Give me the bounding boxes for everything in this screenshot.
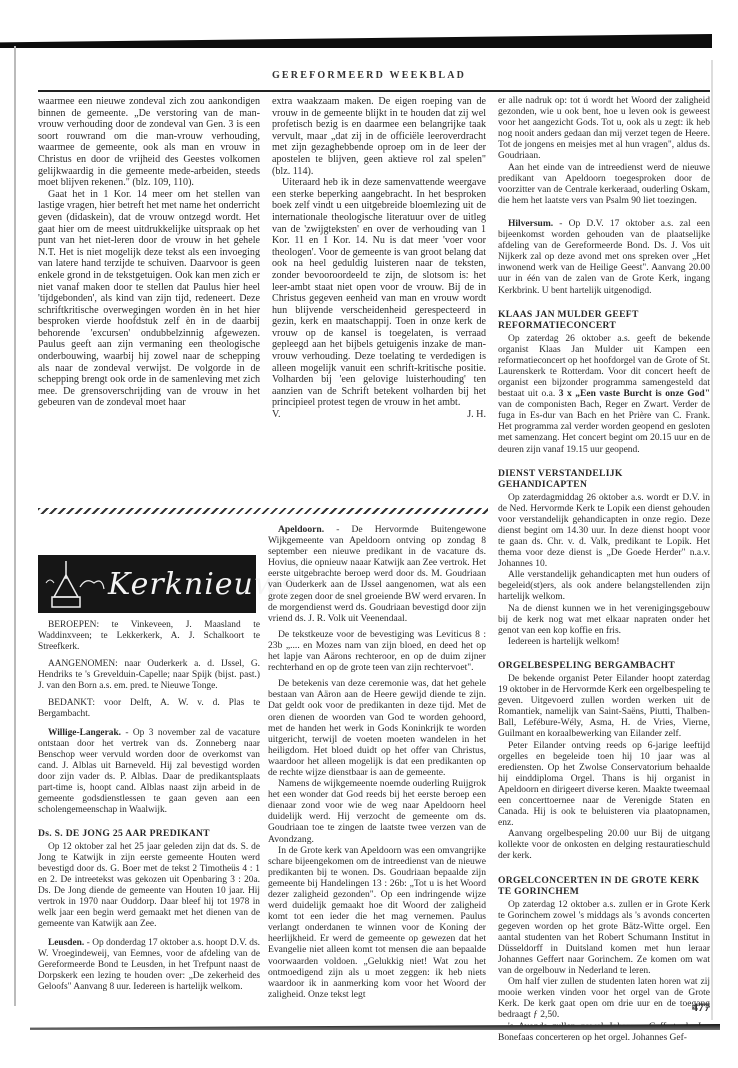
article-paragraph: Namens de wijkgemeente noemde ouderling … <box>268 778 486 845</box>
article-paragraph: Na de dienst kunnen we in het vereniging… <box>498 604 710 637</box>
page-top-border <box>0 34 712 48</box>
news-leusden: Leusden. - Op donderdag 17 oktober a.s. … <box>38 938 260 993</box>
article-paragraph: Op zaterdag 12 oktober a.s. zullen er in… <box>498 900 710 978</box>
place-name: Hilversum. <box>508 219 553 229</box>
news-item-bedankt: BEDANKT: voor Delft, A. W. v. d. Plas te… <box>38 698 260 720</box>
signature-author: J. H. <box>467 409 486 421</box>
article-paragraph: Gaat het in 1 Kor. 14 meer om het stelle… <box>38 189 260 409</box>
article-paragraph: De tekstkeuze voor de bevestiging was Le… <box>268 629 486 673</box>
section-divider-wavy <box>38 508 488 514</box>
news-text: van de componisten Bach, Reger en Zwart.… <box>498 400 710 454</box>
right-column: er alle nadruk op: tot ú wordt het Woord… <box>498 96 710 1044</box>
news-apeldoorn: Apeldoorn. - De Hervormde Buitengewone W… <box>268 524 486 624</box>
heading-de-jong: Ds. S. DE JONG 25 AAR PREDIKANT <box>38 828 260 839</box>
heading-dienst: DIENST VERSTANDELIJK GEHANDICAPTEN <box>498 468 710 490</box>
news-item-aangenomen: AANGENOMEN: naar Ouderkerk a. d. IJssel,… <box>38 659 260 692</box>
news-hilversum: Hilversum. - Op D.V. 17 oktober a.s. zal… <box>498 219 710 297</box>
kerknieuws-banner: Kerknieuws <box>38 555 256 613</box>
news-de-jong: Op 12 oktober zal het 25 jaar geleden zi… <box>38 842 260 930</box>
place-name: Willige-Langerak. <box>48 728 121 738</box>
concert-title: 3 x „Een vaste Burcht is onze God" <box>559 389 710 399</box>
article-paragraph: waarmee een nieuwe zondeval zich zou aan… <box>38 96 260 189</box>
article-paragraph: extra waakzaam maken. De eigen roeping v… <box>272 96 486 177</box>
signature-left: V. <box>272 409 281 421</box>
article-paragraph: Alle verstandelijk gehandicapten met hun… <box>498 570 710 603</box>
place-name: Leusden. <box>48 938 84 948</box>
page-left-edge <box>14 46 16 1006</box>
masthead: GEREFORMEERD WEEKBLAD <box>0 70 738 81</box>
article-column-2: extra waakzaam maken. De eigen roeping v… <box>272 96 486 421</box>
article-paragraph: Aan het einde van de intreedienst werd d… <box>498 163 710 207</box>
news-text: - Op D.V. 17 oktober a.s. zal een bijeen… <box>498 219 710 296</box>
news-text: - De Hervormde Buitengewone Wijkgemeente… <box>268 524 486 624</box>
news-text: - Op 3 november zal de vacature ontstaan… <box>38 728 260 815</box>
heading-gorinchem: ORGELCONCERTEN IN DE GROTE KERK TE GORIN… <box>498 875 710 897</box>
place-name: Apeldoorn. <box>278 524 324 535</box>
page-number: 477 <box>692 1000 710 1015</box>
church-tower-icon <box>44 559 108 611</box>
apeldoorn-column: Apeldoorn. - De Hervormde Buitengewone W… <box>268 524 486 1000</box>
news-item-beroepen: BEROEPEN: te Vinkeveen, J. Maasland te W… <box>38 620 260 653</box>
article-paragraph: Om half vier zullen de studenten laten h… <box>498 977 710 1021</box>
article-paragraph: De betekenis van deze ceremonie was, dat… <box>268 678 486 778</box>
article-paragraph: In de Grote kerk van Apeldoorn was een o… <box>268 845 486 1000</box>
article-paragraph: De bekende organist Peter Eilander hoopt… <box>498 674 710 741</box>
article-column-1: waarmee een nieuwe zondeval zich zou aan… <box>38 96 260 409</box>
article-paragraph: Iedereen is hartelijk welkom! <box>498 637 710 648</box>
news-mulder: Op zaterdag 26 oktober a.s. geeft de bek… <box>498 334 710 456</box>
news-willige-langerak: Willige-Langerak. - Op 3 november zal de… <box>38 728 260 816</box>
header-rule <box>38 90 710 92</box>
article-paragraph: Op zaterdagmiddag 26 oktober a.s. wordt … <box>498 493 710 571</box>
article-paragraph: Peter Eilander ontving reeds op 6-jarige… <box>498 741 710 830</box>
article-paragraph: Aanvang orgelbespeling 20.00 uur Bij de … <box>498 829 710 862</box>
article-paragraph: Uiteraard heb ik in deze samenvattende w… <box>272 177 486 409</box>
heading-mulder: KLAAS JAN MULDER GEEFT REFORMATIECONCERT <box>498 309 710 331</box>
article-signature: V. J. H. <box>272 409 486 421</box>
heading-orgelbespeling: ORGELBESPELING BERGAMBACHT <box>498 660 710 671</box>
kerknieuws-column: BEROEPEN: te Vinkeveen, J. Maasland te W… <box>38 620 260 999</box>
page-right-edge <box>711 60 713 1020</box>
article-paragraph: er alle nadruk op: tot ú wordt het Woord… <box>498 96 710 163</box>
page-bottom-border <box>30 1024 720 1030</box>
